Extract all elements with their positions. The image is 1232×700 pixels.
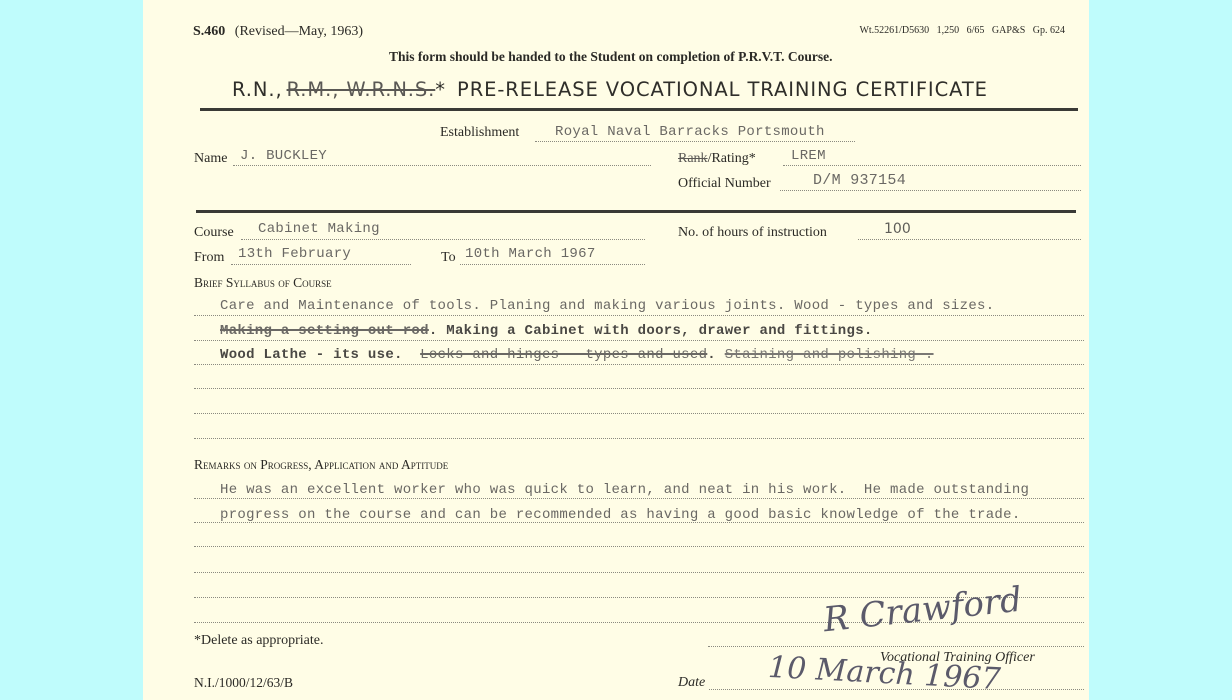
title-prefix-rn: R.N., xyxy=(232,78,283,101)
syllabus-segment: . Making a Cabinet with doors, drawer an… xyxy=(429,323,873,339)
official-number-value[interactable]: D/M 937154 xyxy=(813,172,906,189)
from-line xyxy=(231,264,411,265)
rating-value[interactable]: LREM xyxy=(791,148,826,164)
official-number-line xyxy=(780,190,1081,191)
syllabus-segment-struck: Making a setting out rod xyxy=(220,323,429,339)
hours-label: No. of hours of instruction xyxy=(678,225,827,241)
title-prefix-struck: R.M., W.R.N.S. xyxy=(287,78,436,101)
establishment-value[interactable]: Royal Naval Barracks Portsmouth xyxy=(555,124,825,140)
hours-line xyxy=(858,239,1081,240)
syllabus-segment: Care and Maintenance of tools. Planing a… xyxy=(220,298,994,314)
name-value[interactable]: J. BUCKLEY xyxy=(240,148,327,164)
syllabus-text-1[interactable]: Care and Maintenance of tools. Planing a… xyxy=(220,298,994,314)
rating-label: /Rating* xyxy=(708,151,756,166)
rank-rating-label: Rank/Rating* xyxy=(678,151,756,167)
section-rule xyxy=(196,210,1076,213)
official-number-label: Official Number xyxy=(678,176,771,192)
to-line xyxy=(460,264,645,265)
syllabus-segment: Wood Lathe - its use. xyxy=(220,347,420,363)
syllabus-heading: Brief Syllabus of Course xyxy=(194,275,332,291)
form-instruction: This form should be handed to the Studen… xyxy=(389,49,832,65)
from-label: From xyxy=(194,250,224,266)
name-label: Name xyxy=(194,151,227,167)
course-label: Course xyxy=(194,225,234,241)
syllabus-line-2 xyxy=(194,340,1084,341)
delete-note: *Delete as appropriate. xyxy=(194,633,323,649)
certificate-title: R.N.,R.M., W.R.N.S.* PRE-RELEASE VOCATIO… xyxy=(232,78,988,101)
title-rule xyxy=(200,108,1078,111)
syllabus-text-2[interactable]: Making a setting out rod. Making a Cabin… xyxy=(220,323,873,339)
title-asterisk: * xyxy=(435,78,446,101)
from-value[interactable]: 13th February xyxy=(238,246,351,262)
print-code: Wt.52261/D5630 1,250 6/65 GAP&S Gp. 624 xyxy=(859,25,1065,36)
title-main: PRE-RELEASE VOCATIONAL TRAINING CERTIFIC… xyxy=(457,78,988,101)
course-line xyxy=(241,239,645,240)
officer-signature: R Crawford xyxy=(821,580,1023,641)
syllabus-line-4 xyxy=(194,388,1084,389)
course-value[interactable]: Cabinet Making xyxy=(258,221,380,237)
hours-value[interactable]: 100 xyxy=(884,221,911,237)
syllabus-line-6 xyxy=(194,438,1084,439)
rank-struck: Rank xyxy=(678,151,708,166)
syllabus-segment: . xyxy=(707,347,724,363)
name-line xyxy=(233,165,651,166)
syllabus-line-1 xyxy=(194,315,1084,316)
remarks-heading: Remarks on Progress, Application and Apt… xyxy=(194,457,448,473)
syllabus-segment-struck: Locks and hinges - types and used xyxy=(420,347,707,363)
signature-line xyxy=(708,646,1084,647)
form-revision: (Revised—May, 1963) xyxy=(235,24,363,39)
syllabus-line-3 xyxy=(194,364,1084,365)
syllabus-segment-struck: Staining and polishing . xyxy=(725,347,934,363)
syllabus-text-3[interactable]: Wood Lathe - its use. Locks and hinges -… xyxy=(220,347,934,363)
form-reference: N.I./1000/12/63/B xyxy=(194,675,293,691)
date-label: Date xyxy=(678,675,705,691)
remarks-line-1 xyxy=(194,498,1084,499)
to-value[interactable]: 10th March 1967 xyxy=(465,246,596,262)
establishment-line xyxy=(535,141,855,142)
remarks-line-4 xyxy=(194,572,1084,573)
form-id: S.460 (Revised—May, 1963) xyxy=(193,24,363,40)
remarks-text-2[interactable]: progress on the course and can be recomm… xyxy=(220,507,1021,523)
remarks-line-3 xyxy=(194,546,1084,547)
to-label: To xyxy=(441,250,456,266)
establishment-label: Establishment xyxy=(440,125,519,141)
rating-line xyxy=(783,165,1081,166)
certificate-paper: S.460 (Revised—May, 1963) Wt.52261/D5630… xyxy=(143,0,1089,700)
form-number: S.460 xyxy=(193,24,225,39)
syllabus-line-5 xyxy=(194,413,1084,414)
remarks-text-1[interactable]: He was an excellent worker who was quick… xyxy=(220,482,1029,498)
